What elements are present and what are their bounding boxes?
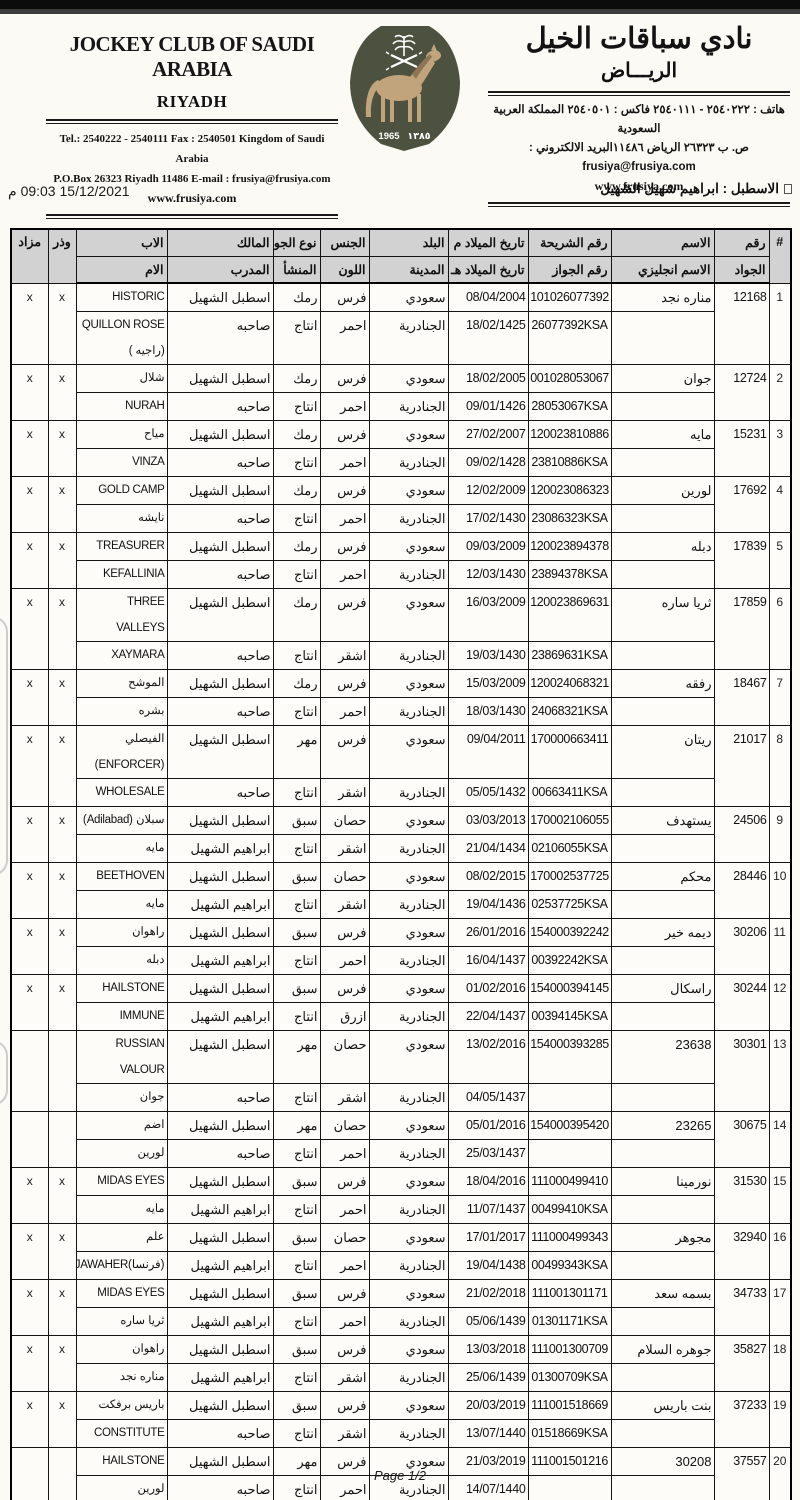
- cell-wethr-mark: x: [48, 726, 76, 807]
- cell-country: سعودي: [369, 919, 448, 947]
- contact-line-1-ar: هاتف : ٢٥٤٠٢٢٢ - ٢٥٤٠١١١ فاكس : ٢٥٤٠٥٠١ …: [488, 101, 790, 139]
- cell-auction-mark: x: [11, 477, 48, 533]
- cell-father: الفيصلي (ENFORCER): [76, 726, 167, 779]
- cell-row-number: 9: [769, 807, 791, 863]
- cell-owner: اسطبل الشهيل: [167, 670, 273, 698]
- table-row: 7 18467 رفقه 120024068321 15/03/2009 سعو…: [11, 670, 791, 698]
- browser-top-bar: [0, 0, 800, 9]
- col-header-dob: تاريخ الميلاد م: [448, 229, 528, 256]
- cell-name-english: [611, 1420, 714, 1448]
- cell-father: باريس برفكت: [76, 1392, 167, 1420]
- cell-dob-gregorian: 08/02/2015: [448, 863, 528, 891]
- cell-wethr-mark: x: [48, 1280, 76, 1336]
- cell-wethr-mark: x: [48, 975, 76, 1031]
- cell-chip-number: 120023086323: [528, 477, 611, 505]
- cell-dob-gregorian: 13/02/2016: [448, 1031, 528, 1084]
- cell-type: رمك: [273, 477, 320, 505]
- cell-auction-mark: x: [11, 1280, 48, 1336]
- cell-city: الجنادرية: [369, 505, 448, 533]
- cell-father: سبلان (Adilabad): [76, 807, 167, 835]
- cell-type: رمك: [273, 283, 320, 312]
- col-header-horse-no-2: الجواد: [714, 256, 769, 283]
- cell-wethr-mark: x: [48, 533, 76, 589]
- page-number: Page 1/2: [0, 1468, 800, 1483]
- cell-mother: (فرنسا)JAWAHER: [76, 1252, 167, 1280]
- table-row: 2 12724 جوان 001028053067 18/02/2005 سعو…: [11, 365, 791, 393]
- cell-dob-gregorian: 09/03/2009: [448, 533, 528, 561]
- cell-trainer: ابراهيم الشهيل: [167, 835, 273, 863]
- cell-dob-hijri: 05/05/1432: [448, 779, 528, 807]
- cell-horse-number: 37233: [714, 1392, 769, 1448]
- cell-dob-hijri: 12/03/1430: [448, 561, 528, 589]
- cell-horse-number: 15231: [714, 421, 769, 477]
- table-row-second-line: 23894378KSA 12/03/1430 الجنادرية احمر ان…: [11, 561, 791, 589]
- cell-dob-gregorian: 18/02/2005: [448, 365, 528, 393]
- cell-passport-number: 28053067KSA: [528, 393, 611, 421]
- table-row: 11 30206 ديمه خير 154000392242 26/01/201…: [11, 919, 791, 947]
- cell-chip-number: 170000663411: [528, 726, 611, 779]
- cell-trainer: ابراهيم الشهيل: [167, 947, 273, 975]
- cell-wethr-mark: x: [48, 863, 76, 919]
- cell-horse-number: 30675: [714, 1112, 769, 1168]
- cell-auction-mark: x: [11, 365, 48, 421]
- table-row: 19 37233 بنت باريس 111001518669 20/03/20…: [11, 1392, 791, 1420]
- cell-wethr-mark: x: [48, 421, 76, 477]
- cell-owner: اسطبل الشهيل: [167, 365, 273, 393]
- cell-father: مياح: [76, 421, 167, 449]
- cell-name-english: [611, 312, 714, 365]
- cell-type: مهر: [273, 1112, 320, 1140]
- cell-gender: فرس: [320, 1392, 369, 1420]
- cell-color: احمر: [320, 1308, 369, 1336]
- cell-dob-gregorian: 03/03/2013: [448, 807, 528, 835]
- cell-dob-gregorian: 08/04/2004: [448, 283, 528, 312]
- cell-color: احمر: [320, 1196, 369, 1224]
- cell-name-english: [611, 1364, 714, 1392]
- cell-horse-number: 30206: [714, 919, 769, 975]
- cell-dob-gregorian: 17/01/2017: [448, 1224, 528, 1252]
- cell-country: سعودي: [369, 1392, 448, 1420]
- cell-row-number: 16: [769, 1224, 791, 1280]
- table-row-second-line: 01518669KSA 13/07/1440 الجنادرية اشقر ان…: [11, 1420, 791, 1448]
- cell-chip-number: 120024068321: [528, 670, 611, 698]
- cell-chip-number: 120023869631: [528, 589, 611, 642]
- table-header: # رقم الاسم رقم الشريحة تاريخ الميلاد م …: [11, 229, 791, 283]
- cell-name-english: [611, 393, 714, 421]
- cell-type: سبق: [273, 1224, 320, 1252]
- cell-passport-number: 01301171KSA: [528, 1308, 611, 1336]
- cell-name-english: [611, 642, 714, 670]
- cell-auction-mark: x: [11, 589, 48, 670]
- cell-trainer: صاحبه: [167, 1084, 273, 1112]
- cell-row-number: 5: [769, 533, 791, 589]
- cell-dob-hijri: 25/03/1437: [448, 1140, 528, 1168]
- cell-type: سبق: [273, 919, 320, 947]
- cell-wethr-mark: x: [48, 919, 76, 975]
- cell-city: الجنادرية: [369, 1140, 448, 1168]
- cell-city: الجنادرية: [369, 1084, 448, 1112]
- cell-dob-gregorian: 15/03/2009: [448, 670, 528, 698]
- cell-color: احمر: [320, 312, 369, 365]
- contact-line-2-ar: ص. ب ٢٦٣٢٣ الرياض ١١٤٨٦البريد الالكتروني…: [488, 139, 790, 177]
- stable-label-text: الاسطبل : ابراهيم شهيل الشهيل: [600, 181, 779, 196]
- cell-color: احمر: [320, 1252, 369, 1280]
- cell-trainer: ابراهيم الشهيل: [167, 1252, 273, 1280]
- cell-passport-number: 00499410KSA: [528, 1196, 611, 1224]
- cell-color: اشقر: [320, 891, 369, 919]
- cell-trainer: صاحبه: [167, 505, 273, 533]
- cell-dob-gregorian: 01/02/2016: [448, 975, 528, 1003]
- cell-city: الجنادرية: [369, 779, 448, 807]
- table-row: 1 12168 مناره نجد 101026077392 08/04/200…: [11, 283, 791, 312]
- cell-owner: اسطبل الشهيل: [167, 863, 273, 891]
- cell-mother: ثريا ساره: [76, 1308, 167, 1336]
- cell-auction-mark: x: [11, 283, 48, 365]
- club-title-arabic: نادي سباقات الخيل: [488, 20, 790, 58]
- double-rule: [46, 214, 338, 219]
- cell-auction-mark: x: [11, 670, 48, 726]
- club-title-english: JOCKEY CLUB OF SAUDI ARABIA: [46, 32, 338, 82]
- cell-name-english: [611, 505, 714, 533]
- cell-passport-number: 02537725KSA: [528, 891, 611, 919]
- cell-wethr-mark: x: [48, 1224, 76, 1280]
- cell-origin: انتاج: [273, 698, 320, 726]
- table-row: 18 35827 جوهره السلام 111001300709 13/03…: [11, 1336, 791, 1364]
- col-header-wethr: وذر: [48, 229, 76, 283]
- cell-chip-number: 101026077392: [528, 283, 611, 312]
- cell-mother: نايشه: [76, 505, 167, 533]
- cell-mother: VINZA: [76, 449, 167, 477]
- cell-auction-mark: x: [11, 421, 48, 477]
- cell-color: احمر: [320, 505, 369, 533]
- missing-glyph-box-icon: [784, 184, 792, 194]
- cell-wethr-mark: x: [48, 589, 76, 670]
- cell-wethr-mark: x: [48, 477, 76, 533]
- cell-origin: انتاج: [273, 505, 320, 533]
- cell-dob-gregorian: 13/03/2018: [448, 1336, 528, 1364]
- cell-color: اشقر: [320, 1084, 369, 1112]
- cell-auction-mark: x: [11, 726, 48, 807]
- page-edge-artifact: [0, 616, 8, 876]
- cell-passport-number: 26077392KSA: [528, 312, 611, 365]
- cell-passport-number: 01518669KSA: [528, 1420, 611, 1448]
- cell-country: سعودي: [369, 863, 448, 891]
- col-header-father: الاب: [76, 229, 167, 256]
- cell-origin: انتاج: [273, 891, 320, 919]
- cell-name: 23265: [611, 1112, 714, 1140]
- cell-father: GOLD CAMP: [76, 477, 167, 505]
- cell-horse-number: 17692: [714, 477, 769, 533]
- cell-dob-gregorian: 16/03/2009: [448, 589, 528, 642]
- cell-city: الجنادرية: [369, 1196, 448, 1224]
- cell-mother: مايه: [76, 1196, 167, 1224]
- cell-row-number: 8: [769, 726, 791, 807]
- cell-name: محكم: [611, 863, 714, 891]
- cell-chip-number: 120023810886: [528, 421, 611, 449]
- cell-gender: حصان: [320, 1031, 369, 1084]
- col-header-country: البلد: [369, 229, 448, 256]
- cell-mother: مايه: [76, 835, 167, 863]
- cell-name: ريتان: [611, 726, 714, 779]
- cell-father: TREASURER: [76, 533, 167, 561]
- cell-mother: لورين: [76, 1140, 167, 1168]
- table-row-second-line: 25/03/1437 الجنادرية احمر انتاج صاحبه لو…: [11, 1140, 791, 1168]
- cell-owner: اسطبل الشهيل: [167, 1336, 273, 1364]
- cell-passport-number: 01300709KSA: [528, 1364, 611, 1392]
- cell-name: دبله: [611, 533, 714, 561]
- cell-mother: مناره نجد: [76, 1364, 167, 1392]
- cell-horse-number: 35827: [714, 1336, 769, 1392]
- cell-origin: انتاج: [273, 1364, 320, 1392]
- cell-chip-number: 170002537725: [528, 863, 611, 891]
- cell-passport-number: 00394145KSA: [528, 1003, 611, 1031]
- cell-dob-hijri: 19/04/1438: [448, 1252, 528, 1280]
- cell-color: اشقر: [320, 1420, 369, 1448]
- cell-color: احمر: [320, 1140, 369, 1168]
- table-row: 6 17859 ثريا ساره 120023869631 16/03/200…: [11, 589, 791, 642]
- cell-country: سعودي: [369, 726, 448, 779]
- cell-dob-gregorian: 26/01/2016: [448, 919, 528, 947]
- cell-origin: انتاج: [273, 393, 320, 421]
- cell-auction-mark: x: [11, 919, 48, 975]
- cell-trainer: صاحبه: [167, 642, 273, 670]
- cell-city: الجنادرية: [369, 561, 448, 589]
- cell-auction-mark: [11, 1031, 48, 1112]
- cell-father: راهوان: [76, 919, 167, 947]
- cell-row-number: 6: [769, 589, 791, 670]
- cell-father: اضم: [76, 1112, 167, 1140]
- table-row-second-line: 00663411KSA 05/05/1432 الجنادرية اشقر ان…: [11, 779, 791, 807]
- cell-horse-number: 18467: [714, 670, 769, 726]
- cell-dob-hijri: 05/06/1439: [448, 1308, 528, 1336]
- cell-passport-number: 23086323KSA: [528, 505, 611, 533]
- cell-dob-gregorian: 05/01/2016: [448, 1112, 528, 1140]
- cell-gender: حصان: [320, 1112, 369, 1140]
- cell-country: سعودي: [369, 589, 448, 642]
- cell-color: احمر: [320, 947, 369, 975]
- cell-city: الجنادرية: [369, 1252, 448, 1280]
- emblem-year-gregorian: 1965: [378, 131, 400, 142]
- table-row-second-line: 00394145KSA 22/04/1437 الجنادرية ازرق ان…: [11, 1003, 791, 1031]
- cell-gender: فرس: [320, 365, 369, 393]
- cell-type: رمك: [273, 589, 320, 642]
- cell-city: الجنادرية: [369, 698, 448, 726]
- cell-wethr-mark: x: [48, 283, 76, 365]
- cell-passport-number: 02106055KSA: [528, 835, 611, 863]
- cell-horse-number: 30301: [714, 1031, 769, 1112]
- cell-father: شلال: [76, 365, 167, 393]
- cell-mother: IMMUNE: [76, 1003, 167, 1031]
- cell-passport-number: 00392242KSA: [528, 947, 611, 975]
- cell-dob-hijri: 11/07/1437: [448, 1196, 528, 1224]
- cell-origin: انتاج: [273, 449, 320, 477]
- cell-name: ديمه خير: [611, 919, 714, 947]
- cell-dob-gregorian: 18/04/2016: [448, 1168, 528, 1196]
- cell-name: رفقه: [611, 670, 714, 698]
- cell-dob-gregorian: 20/03/2019: [448, 1392, 528, 1420]
- cell-owner: اسطبل الشهيل: [167, 283, 273, 312]
- cell-gender: فرس: [320, 533, 369, 561]
- cell-passport-number: 23810886KSA: [528, 449, 611, 477]
- club-emblem-svg: 1965 ١٣٨٥: [344, 22, 466, 156]
- cell-origin: انتاج: [273, 779, 320, 807]
- cell-type: سبق: [273, 863, 320, 891]
- cell-wethr-mark: [48, 1112, 76, 1168]
- cell-trainer: ابراهيم الشهيل: [167, 1196, 273, 1224]
- cell-owner: اسطبل الشهيل: [167, 589, 273, 642]
- cell-type: رمك: [273, 421, 320, 449]
- cell-country: سعودي: [369, 533, 448, 561]
- cell-owner: اسطبل الشهيل: [167, 1168, 273, 1196]
- cell-passport-number: [528, 1140, 611, 1168]
- cell-chip-number: 001028053067: [528, 365, 611, 393]
- cell-mother: دبله: [76, 947, 167, 975]
- cell-chip-number: 111001301171: [528, 1280, 611, 1308]
- cell-country: سعودي: [369, 1280, 448, 1308]
- cell-country: سعودي: [369, 1031, 448, 1084]
- col-header-dob-hijri: تاريخ الميلاد هـ: [448, 256, 528, 283]
- cell-type: سبق: [273, 1392, 320, 1420]
- cell-gender: فرس: [320, 919, 369, 947]
- cell-name-english: [611, 1196, 714, 1224]
- cell-name: مناره نجد: [611, 283, 714, 312]
- cell-row-number: 1: [769, 283, 791, 365]
- table-row-second-line: 00499410KSA 11/07/1437 الجنادرية احمر ان…: [11, 1196, 791, 1224]
- cell-name: راسكال: [611, 975, 714, 1003]
- cell-color: احمر: [320, 393, 369, 421]
- cell-wethr-mark: x: [48, 365, 76, 421]
- cell-father: الموشح: [76, 670, 167, 698]
- cell-row-number: 11: [769, 919, 791, 975]
- col-header-name: الاسم: [611, 229, 714, 256]
- cell-country: سعودي: [369, 1168, 448, 1196]
- stable-label: الاسطبل : ابراهيم شهيل الشهيل: [600, 181, 792, 197]
- cell-mother: بشره: [76, 698, 167, 726]
- cell-type: رمك: [273, 365, 320, 393]
- cell-country: سعودي: [369, 421, 448, 449]
- cell-row-number: 7: [769, 670, 791, 726]
- cell-father: HAILSTONE: [76, 975, 167, 1003]
- cell-name-english: [611, 449, 714, 477]
- cell-wethr-mark: x: [48, 1336, 76, 1392]
- cell-city: الجنادرية: [369, 393, 448, 421]
- cell-color: احمر: [320, 698, 369, 726]
- table-row-second-line: 28053067KSA 09/01/1426 الجنادرية احمر ان…: [11, 393, 791, 421]
- cell-father: HISTORIC: [76, 283, 167, 312]
- cell-row-number: 14: [769, 1112, 791, 1168]
- cell-horse-number: 34733: [714, 1280, 769, 1336]
- cell-chip-number: 170002106055: [528, 807, 611, 835]
- cell-row-number: 19: [769, 1392, 791, 1448]
- cell-mother: CONSTITUTE: [76, 1420, 167, 1448]
- cell-chip-number: 154000394145: [528, 975, 611, 1003]
- cell-dob-hijri: 25/06/1439: [448, 1364, 528, 1392]
- cell-gender: فرس: [320, 421, 369, 449]
- cell-owner: اسطبل الشهيل: [167, 975, 273, 1003]
- cell-country: سعودي: [369, 807, 448, 835]
- cell-gender: حصان: [320, 863, 369, 891]
- cell-father: راهوان: [76, 1336, 167, 1364]
- cell-father: علم: [76, 1224, 167, 1252]
- cell-row-number: 4: [769, 477, 791, 533]
- cell-dob-hijri: 16/04/1437: [448, 947, 528, 975]
- cell-color: اشقر: [320, 835, 369, 863]
- cell-name: مجوهر: [611, 1224, 714, 1252]
- cell-origin: انتاج: [273, 642, 320, 670]
- cell-father: BEETHOVEN: [76, 863, 167, 891]
- horse-register-table: # رقم الاسم رقم الشريحة تاريخ الميلاد م …: [10, 228, 792, 1500]
- cell-horse-number: 12168: [714, 283, 769, 365]
- cell-auction-mark: x: [11, 1224, 48, 1280]
- cell-trainer: صاحبه: [167, 312, 273, 365]
- cell-horse-number: 17859: [714, 589, 769, 670]
- table-row: 13 30301 23638 154000393285 13/02/2016 س…: [11, 1031, 791, 1084]
- cell-chip-number: 111000499343: [528, 1224, 611, 1252]
- cell-origin: انتاج: [273, 1140, 320, 1168]
- cell-trainer: صاحبه: [167, 1420, 273, 1448]
- cell-row-number: 10: [769, 863, 791, 919]
- cell-dob-hijri: 18/03/1430: [448, 698, 528, 726]
- table-row-second-line: 01301171KSA 05/06/1439 الجنادرية احمر ان…: [11, 1308, 791, 1336]
- cell-color: اشقر: [320, 642, 369, 670]
- cell-name: لورين: [611, 477, 714, 505]
- cell-owner: اسطبل الشهيل: [167, 807, 273, 835]
- cell-origin: انتاج: [273, 1196, 320, 1224]
- cell-gender: فرس: [320, 726, 369, 779]
- cell-name-english: [611, 1308, 714, 1336]
- cell-trainer: ابراهيم الشهيل: [167, 1364, 273, 1392]
- cell-dob-hijri: 19/03/1430: [448, 642, 528, 670]
- cell-auction-mark: x: [11, 863, 48, 919]
- cell-name: 23638: [611, 1031, 714, 1084]
- cell-auction-mark: [11, 1112, 48, 1168]
- cell-color: اشقر: [320, 779, 369, 807]
- cell-trainer: صاحبه: [167, 1140, 273, 1168]
- table-row-second-line: 26077392KSA 18/02/1425 الجنادرية احمر ان…: [11, 312, 791, 365]
- cell-name-english: [611, 1252, 714, 1280]
- table-row-second-line: 02537725KSA 19/04/1436 الجنادرية اشقر ان…: [11, 891, 791, 919]
- table-row: 8 21017 ريتان 170000663411 09/04/2011 سع…: [11, 726, 791, 779]
- cell-chip-number: 111001518669: [528, 1392, 611, 1420]
- cell-owner: اسطبل الشهيل: [167, 1031, 273, 1084]
- col-header-index: #: [769, 229, 791, 283]
- cell-row-number: 13: [769, 1031, 791, 1112]
- col-header-auction: مزاد: [11, 229, 48, 283]
- cell-country: سعودي: [369, 670, 448, 698]
- col-header-origin: المنشأ: [273, 256, 320, 283]
- cell-father: THREE VALLEYS: [76, 589, 167, 642]
- col-header-color: اللون: [320, 256, 369, 283]
- cell-country: سعودي: [369, 1336, 448, 1364]
- cell-row-number: 12: [769, 975, 791, 1031]
- cell-passport-number: 23894378KSA: [528, 561, 611, 589]
- cell-trainer: صاحبه: [167, 561, 273, 589]
- cell-name: جوان: [611, 365, 714, 393]
- cell-name-english: [611, 1084, 714, 1112]
- cell-type: سبق: [273, 1336, 320, 1364]
- cell-name: يستهدف: [611, 807, 714, 835]
- cell-owner: اسطبل الشهيل: [167, 1224, 273, 1252]
- cell-row-number: 3: [769, 421, 791, 477]
- col-header-horse-no: رقم: [714, 229, 769, 256]
- cell-color: احمر: [320, 449, 369, 477]
- cell-name: بنت باريس: [611, 1392, 714, 1420]
- cell-chip-number: 154000395420: [528, 1112, 611, 1140]
- cell-chip-number: 111000499410: [528, 1168, 611, 1196]
- table-row-second-line: 23810886KSA 09/02/1428 الجنادرية احمر ان…: [11, 449, 791, 477]
- table-row: 9 24506 يستهدف 170002106055 03/03/2013 س…: [11, 807, 791, 835]
- cell-city: الجنادرية: [369, 449, 448, 477]
